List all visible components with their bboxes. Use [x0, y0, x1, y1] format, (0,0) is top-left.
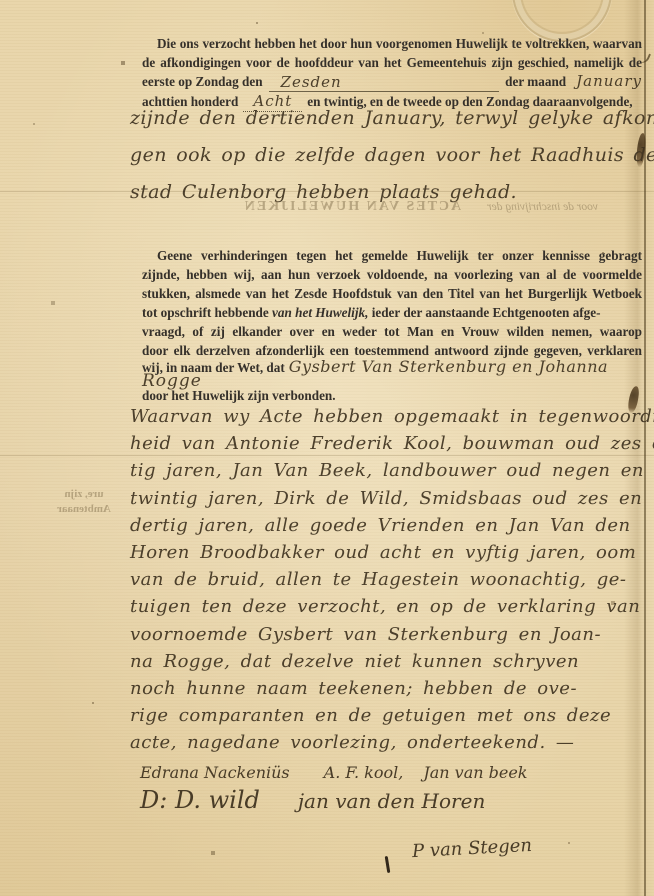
printed-fragment: tot opschrift hebbende: [142, 303, 272, 322]
handwritten-line: zijnde den dertienden January, terwyl ge…: [130, 100, 646, 137]
bleed-through-fragment: ure, zijn: [38, 487, 130, 502]
printed-line: vraagd, of zij elkander over en weder to…: [142, 322, 642, 341]
handwritten-line: tuigen ten deze verzocht, en op de verkl…: [130, 593, 646, 620]
handwritten-line: twintig jaren, Dirk de Wild, Smidsbaas o…: [130, 485, 646, 512]
bleed-through-fragment: voor de inschrijving der: [487, 201, 598, 213]
signature-row-3: P van Stegen: [412, 835, 533, 862]
handwritten-fill-month: January: [576, 72, 642, 91]
ink-stroke-mark: [385, 856, 391, 873]
printed-fragment: ieder der aanstaande Echtgenooten afge-: [368, 303, 600, 322]
handwritten-line: na Rogge, dat dezelve niet kunnen schryv…: [130, 648, 646, 675]
bleed-through-text: voor de inschrijving der ACTES VAN HUWEL…: [148, 199, 598, 215]
handwritten-line: Waarvan wy Acte hebben opgemaakt in tege…: [130, 403, 646, 430]
bleed-through-text-margin: ure, zijn Ambtenaar: [38, 487, 130, 517]
printed-line: zijnde, hebben wij, aan hun verzoek vold…: [142, 265, 642, 284]
handwritten-line: tig jaren, Jan Van Beek, landbouwer oud …: [130, 457, 646, 484]
signature-row-2: D: D. wild jan van den Horen: [140, 786, 485, 814]
printed-paragraph-declaration: Geene verhinderingen tegen het gemelde H…: [142, 246, 642, 360]
printed-line: Geene verhinderingen tegen het gemelde H…: [142, 246, 642, 265]
handwritten-line: van de bruid, allen te Hagestein woonach…: [130, 566, 646, 593]
handwritten-line: heid van Antonie Frederik Kool, bouwman …: [130, 430, 646, 457]
scanned-marriage-act-page: Die ons verzocht hebben het door hun voo…: [0, 0, 654, 896]
signature-witness: jan van den Horen: [298, 789, 485, 813]
printed-line: de afkondigingen voor de hoofddeur van h…: [142, 53, 642, 72]
handwritten-witnesses-paragraph: Waarvan wy Acte hebben opgemaakt in tege…: [130, 403, 646, 757]
signature-witness: Jan van beek: [423, 763, 527, 782]
signature-witness: D: D. wild: [140, 786, 260, 814]
handwritten-line: voornoemde Gysbert van Sterkenburg en Jo…: [130, 621, 646, 648]
printed-line: stukken, alsmede van het Zesde Hoofdstuk…: [142, 284, 642, 303]
bleed-through-title: ACTES VAN HUWELIJKEN: [243, 199, 461, 215]
signature-official: P van Stegen: [412, 835, 533, 862]
printed-line-with-fill: eerste op Zondag den Zesden der maand Ja…: [142, 72, 642, 92]
handwritten-line: noch hunne naam teekenen; hebben de ove-: [130, 675, 646, 702]
handwritten-line: acte, nagedane voorlezing, onderteekend.…: [130, 729, 646, 756]
printed-line: Die ons verzocht hebben het door hun voo…: [142, 34, 642, 53]
handwritten-line: dertig jaren, alle goede Vrienden en Jan…: [130, 512, 646, 539]
printed-fragment: eerste op Zondag den: [142, 72, 263, 91]
bleed-through-fragment: Ambtenaar: [38, 502, 130, 517]
printed-italic-fragment: van het Huwelijk,: [272, 303, 368, 322]
handwritten-line: gen ook op die zelfde dagen voor het Raa…: [130, 137, 646, 174]
handwritten-fill-day: Zesden: [281, 73, 342, 91]
printed-line: tot opschrift hebbende van het Huwelijk,…: [142, 303, 642, 322]
printed-fragment: der maand: [505, 72, 566, 91]
handwritten-line: rige comparanten en de getuigen met ons …: [130, 702, 646, 729]
paper-specks: [0, 0, 2, 2]
signature-row-1: Edrana Nackeniüs A. F. kool, Jan van bee…: [140, 763, 528, 782]
signature-witness: Edrana Nackeniüs: [140, 763, 290, 782]
handwritten-line: Horen Broodbakker oud acht en vyftig jar…: [130, 539, 646, 566]
signature-witness: A. F. kool,: [324, 763, 404, 782]
fill-in-rule: Zesden: [269, 72, 500, 92]
handwritten-paragraph-banns: zijnde den dertienden January, terwyl ge…: [130, 100, 646, 211]
